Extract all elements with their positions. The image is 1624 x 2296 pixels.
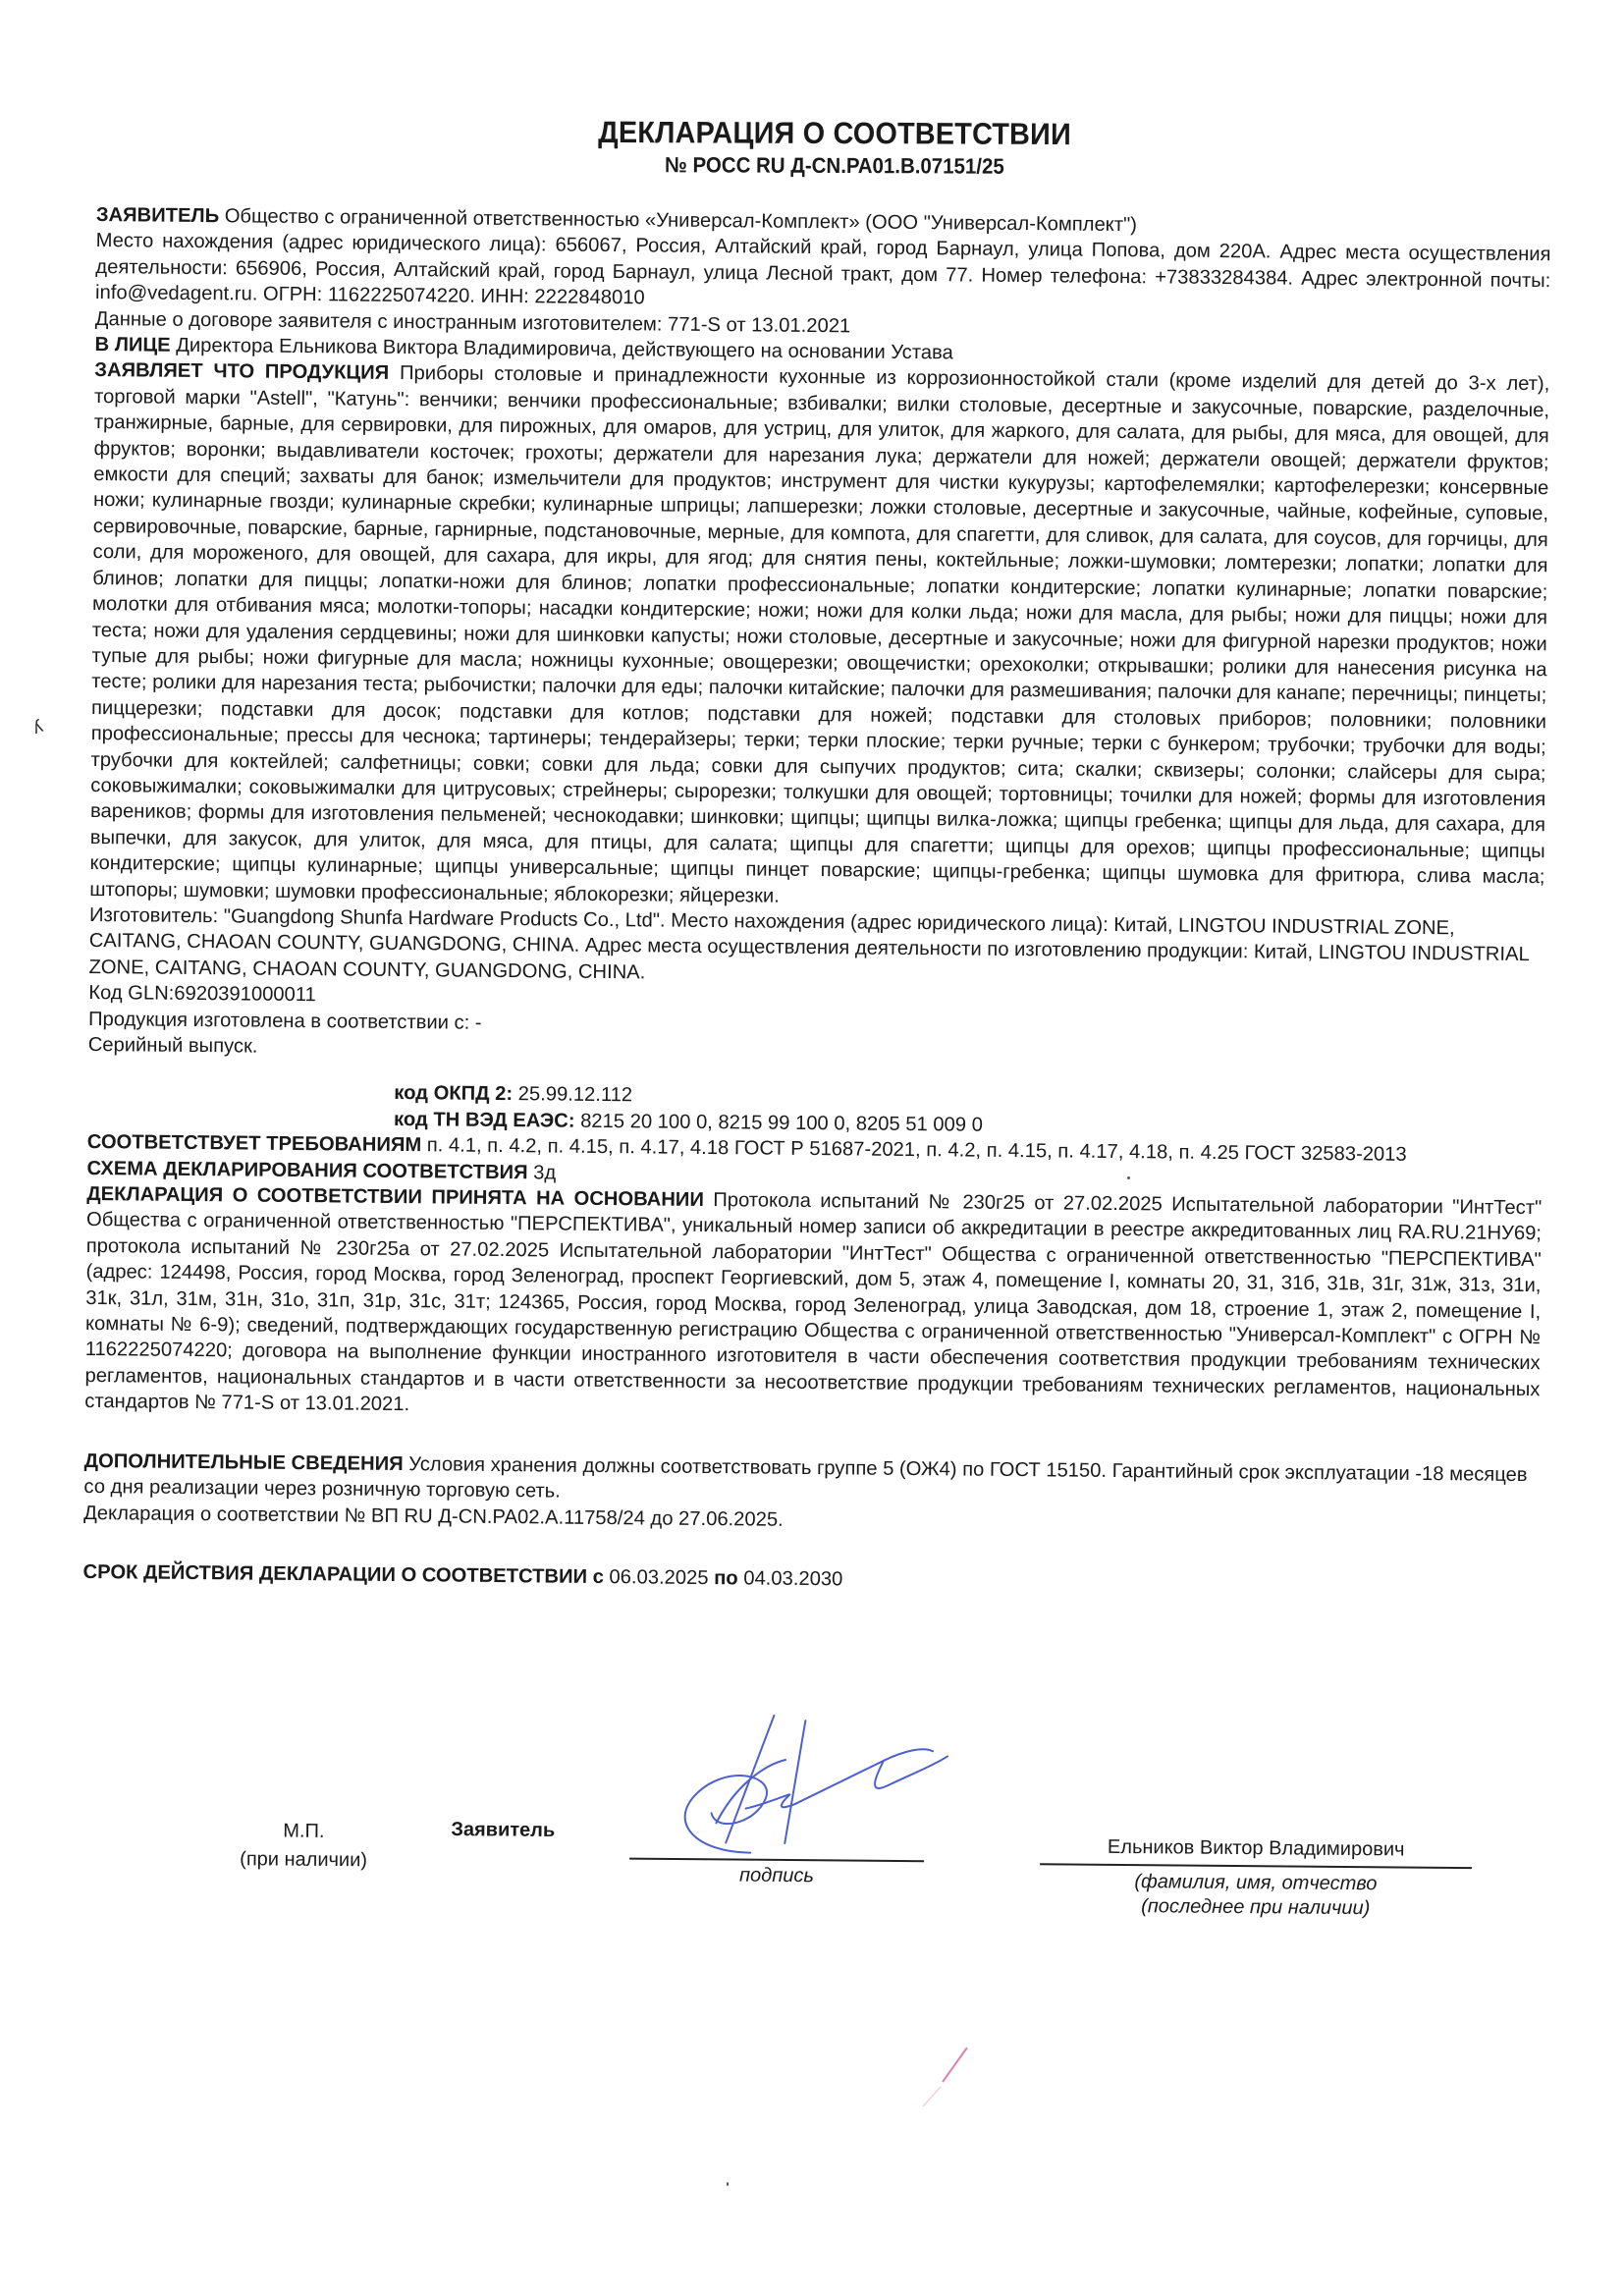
additional-label: ДОПОЛНИТЕЛЬНЫЕ СВЕДЕНИЯ (84, 1450, 404, 1475)
handwritten-signature-icon (657, 1705, 952, 1865)
scan-speck (727, 2182, 729, 2186)
declaration-body: ЗАЯВИТЕЛЬ Общество с ограниченной ответс… (82, 202, 1550, 1599)
validity-from-date: 06.03.2025 (609, 1566, 708, 1589)
manufacturer-info: Изготовитель: "Guangdong Shunfa Hardware… (88, 902, 1544, 994)
basis-text: Протокола испытаний № 230г25 от 27.02.20… (84, 1189, 1542, 1415)
scheme-label: СХЕМА ДЕКЛАРИРОВАНИЯ СООТВЕТСТВИЯ (86, 1158, 527, 1183)
scan-speck (1127, 1176, 1130, 1179)
products-label: ЗАЯВЛЯЕТ ЧТО ПРОДУКЦИЯ (94, 359, 389, 384)
basis-label: ДЕКЛАРАЦИЯ О СООТВЕТСТВИИ ПРИНЯТА НА ОСН… (86, 1183, 704, 1211)
margin-handwritten-mark: ʎ (30, 716, 46, 738)
stamp-label: М.П. (225, 1817, 382, 1846)
validity-to-date: 04.03.2030 (743, 1567, 842, 1590)
scheme-value: 3д (533, 1162, 556, 1183)
applicant-label: ЗАЯВИТЕЛЬ (96, 204, 220, 227)
validity-from-label: с (593, 1566, 604, 1588)
document-title: ДЕКЛАРАЦИЯ О СООТВЕТСТВИИ (598, 115, 1071, 152)
represented-by-label: В ЛИЦЕ (95, 334, 171, 356)
tnved-label: код ТН ВЭД ЕАЭС: (394, 1109, 575, 1132)
basis-section: ДЕКЛАРАЦИЯ О СООТВЕТСТВИИ ПРИНЯТА НА ОСН… (84, 1181, 1542, 1429)
applicant-address: Место нахождения (адрес юридического лиц… (95, 228, 1551, 319)
products-list: Приборы столовые и принадлежности кухонн… (89, 362, 1549, 906)
okpd-label: код ОКПД 2: (394, 1082, 513, 1105)
name-caption: (фамилия, имя, отчество (последнее при н… (1040, 1869, 1472, 1922)
name-caption-line-2: (последнее при наличии) (1040, 1893, 1472, 1922)
okpd-value: 25.99.12.112 (518, 1084, 633, 1107)
tnved-value: 8215 20 100 0, 8215 99 100 0, 8205 51 00… (580, 1111, 983, 1136)
stamp-note: (при наличии) (225, 1845, 382, 1875)
signature-block: М.П. (при наличии) Заявитель подпись Ель… (0, 1758, 1624, 1997)
stray-pen-mark-icon (913, 2043, 972, 2111)
requirements-label: СООТВЕТСТВУЕТ ТРЕБОВАНИЯМ (87, 1131, 422, 1156)
signer-name: Ельников Виктор Владимирович (1040, 1835, 1472, 1862)
signature-caption: подпись (629, 1864, 924, 1889)
header: ДЕКЛАРАЦИЯ О СООТВЕТСТВИИ № РОСС RU Д-CN… (0, 112, 1624, 182)
applicant-signature-label: Заявитель (451, 1819, 555, 1842)
document-number: № РОСС RU Д-CN.РА01.В.07151/25 (58, 150, 1610, 183)
name-caption-line-1: (фамилия, имя, отчество (1040, 1869, 1472, 1897)
declaration-page: ДЕКЛАРАЦИЯ О СООТВЕТСТВИИ № РОСС RU Д-CN… (0, 0, 1624, 2296)
name-line (1040, 1863, 1472, 1869)
products-section: ЗАЯВЛЯЕТ ЧТО ПРОДУКЦИЯ Приборы столовые … (89, 357, 1549, 916)
validity-label: СРОК ДЕЙСТВИЯ ДЕКЛАРАЦИИ О СООТВЕТСТВИИ (83, 1561, 588, 1588)
stamp-placeholder: М.П. (при наличии) (225, 1817, 383, 1875)
validity-to-label: по (714, 1567, 738, 1589)
